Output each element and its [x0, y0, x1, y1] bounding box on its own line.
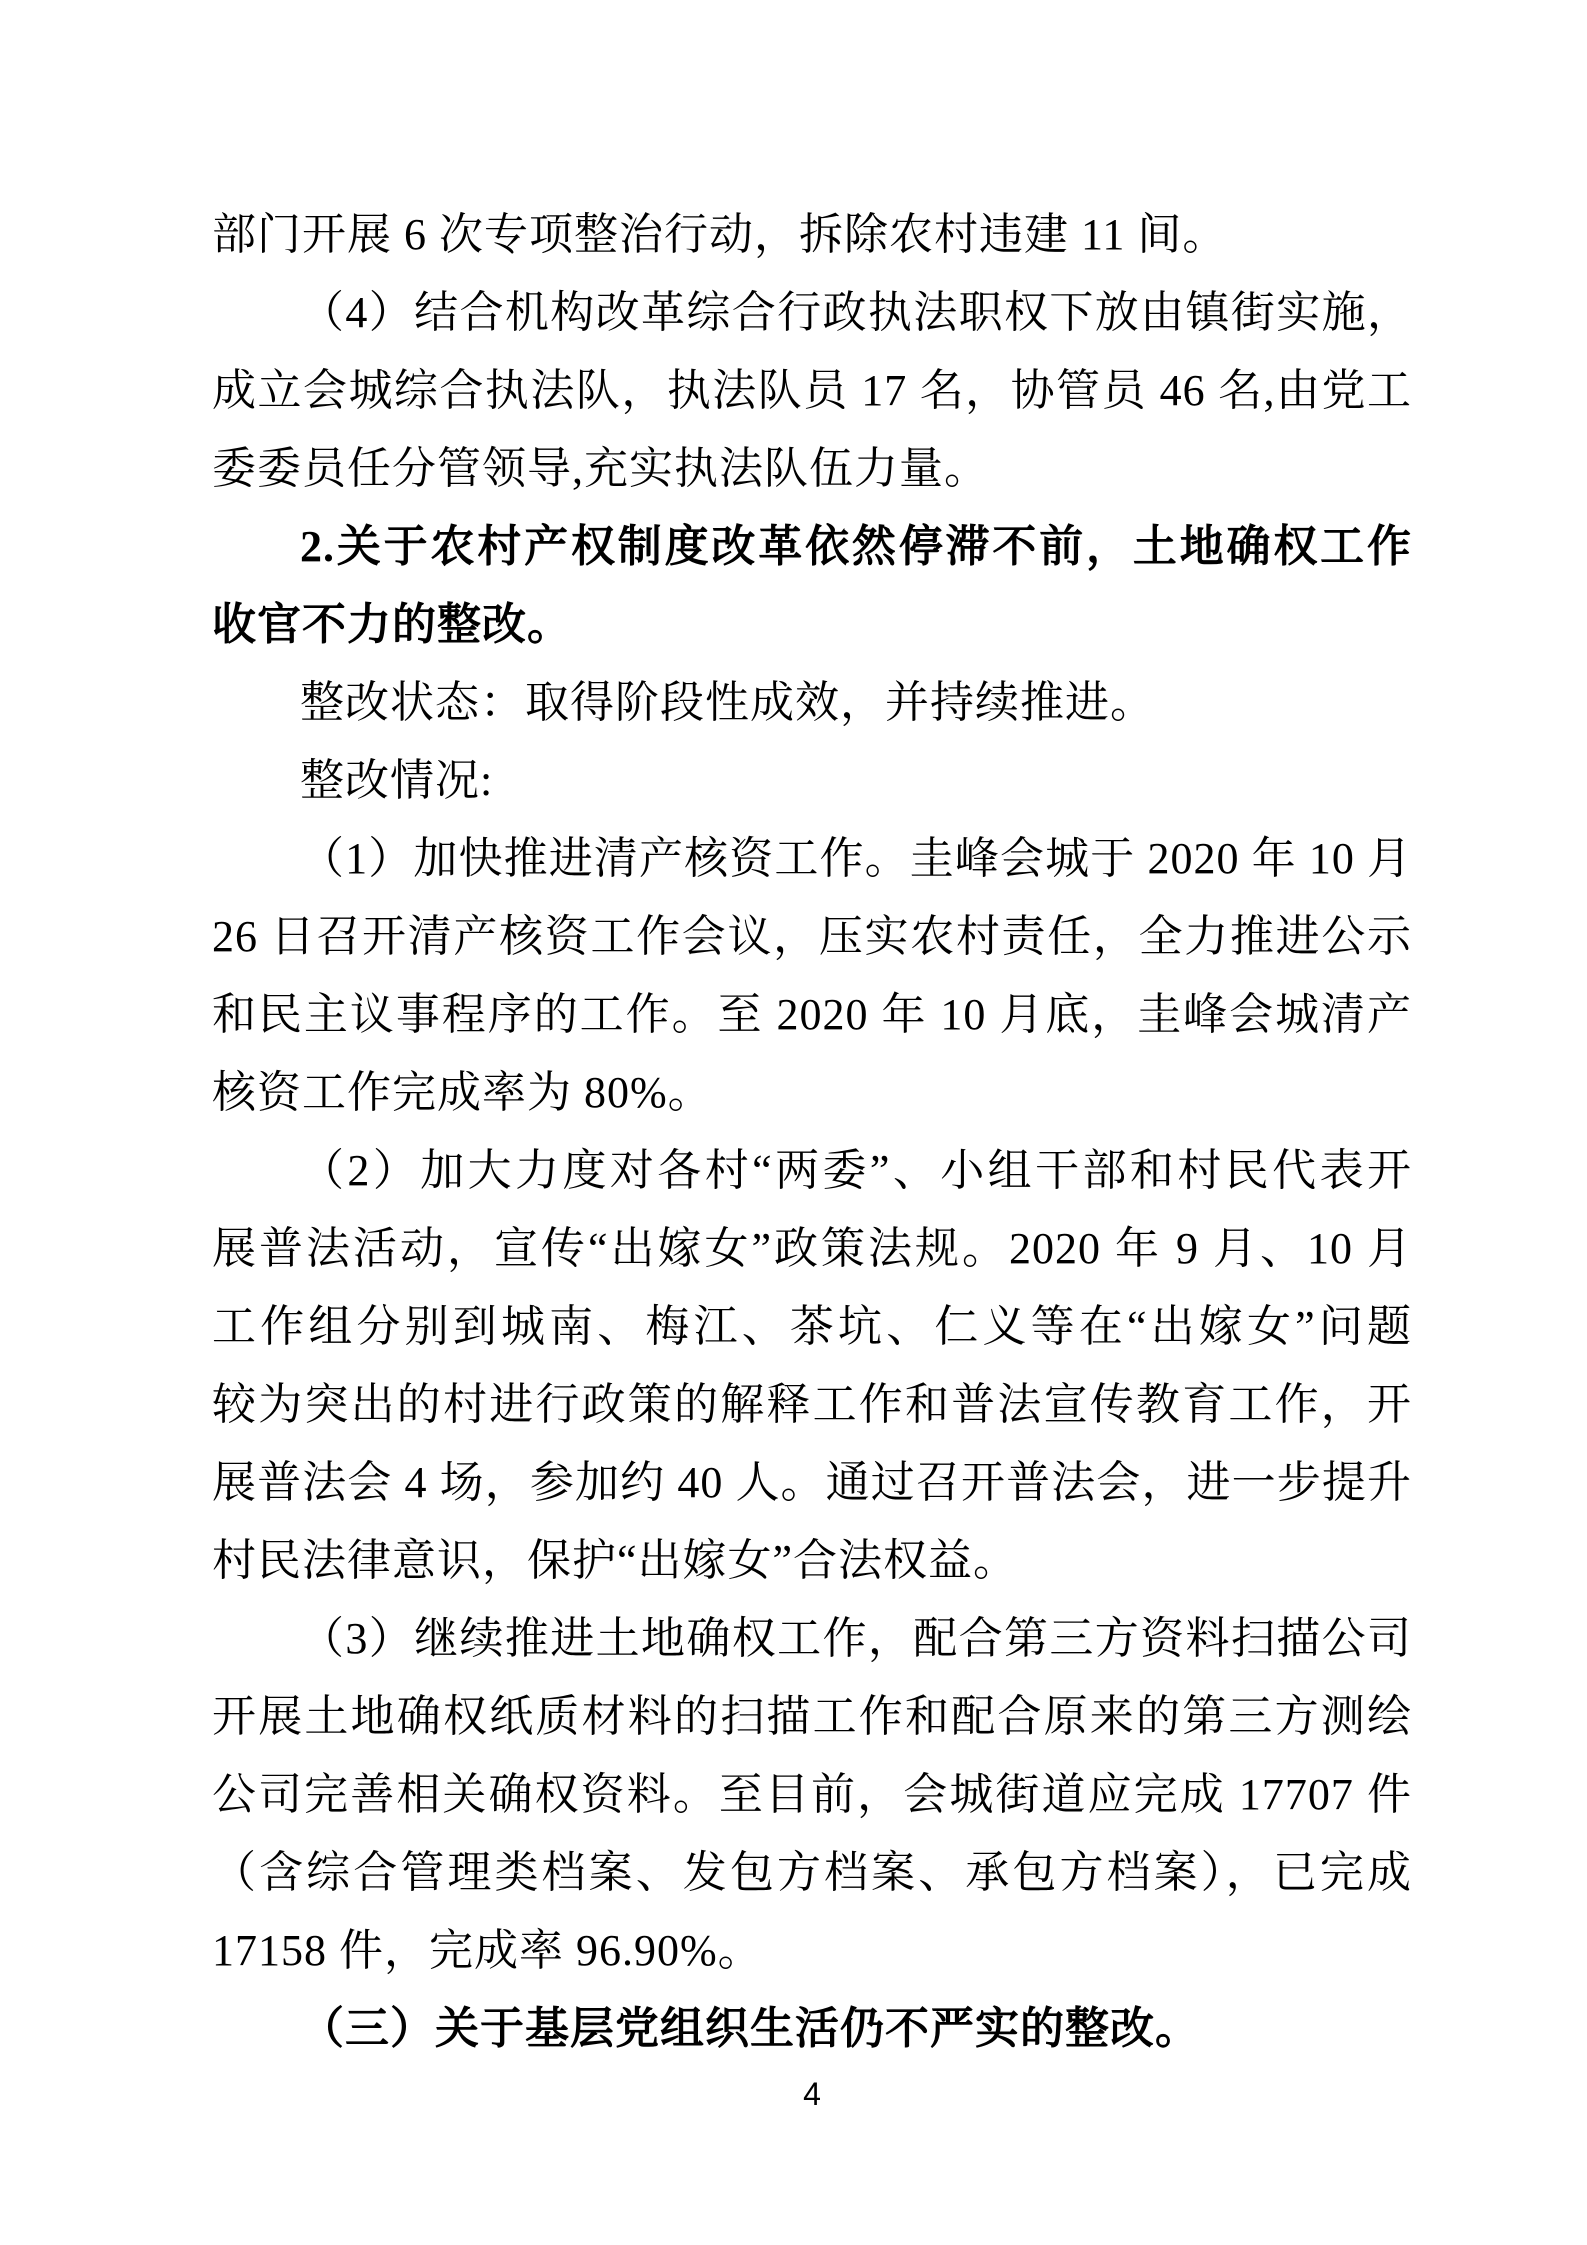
text-line: 展普法活动，宣传“出嫁女”政策法规。2020 年 9 月、10 月 — [212, 1210, 1412, 1288]
text-line: （含综合管理类档案、发包方档案、承包方档案），已完成 — [212, 1834, 1412, 1912]
text-line: 工作组分别到城南、梅江、茶坑、仁义等在“出嫁女”问题 — [212, 1288, 1412, 1366]
text-line: 整改情况: — [212, 742, 1412, 820]
page-number: 4 — [212, 2072, 1412, 2116]
text-line: （3）继续推进土地确权工作，配合第三方资料扫描公司 — [212, 1600, 1412, 1678]
text-line: 展普法会 4 场，参加约 40 人。通过召开普法会，进一步提升 — [212, 1444, 1412, 1522]
text-line: 17158 件，完成率 96.90%。 — [212, 1912, 1412, 1990]
text-line: 和民主议事程序的工作。至 2020 年 10 月底，圭峰会城清产 — [212, 976, 1412, 1054]
text-line: 整改状态：取得阶段性成效，并持续推进。 — [212, 664, 1412, 742]
text-line: 较为突出的村进行政策的解释工作和普法宣传教育工作，开 — [212, 1366, 1412, 1444]
text-line: （4）结合机构改革综合行政执法职权下放由镇街实施， — [212, 274, 1412, 352]
text-line: 成立会城综合执法队，执法队员 17 名，协管员 46 名,由党工 — [212, 352, 1412, 430]
text-line: 核资工作完成率为 80%。 — [212, 1054, 1412, 1132]
text-line: 部门开展 6 次专项整治行动，拆除农村违建 11 间。 — [212, 196, 1412, 274]
text-line: 26 日召开清产核资工作会议，压实农村责任，全力推进公示 — [212, 898, 1412, 976]
text-line: 2.关于农村产权制度改革依然停滞不前，土地确权工作 — [212, 508, 1412, 586]
text-line: （三）关于基层党组织生活仍不严实的整改。 — [212, 1990, 1412, 2068]
document-page: 部门开展 6 次专项整治行动，拆除农村违建 11 间。（4）结合机构改革综合行政… — [0, 0, 1587, 2245]
document-body: 部门开展 6 次专项整治行动，拆除农村违建 11 间。（4）结合机构改革综合行政… — [212, 196, 1412, 2068]
text-line: （1）加快推进清产核资工作。圭峰会城于 2020 年 10 月 — [212, 820, 1412, 898]
text-line: 村民法律意识，保护“出嫁女”合法权益。 — [212, 1522, 1412, 1600]
text-line: （2）加大力度对各村“两委”、小组干部和村民代表开 — [212, 1132, 1412, 1210]
text-line: 收官不力的整改。 — [212, 586, 1412, 664]
text-line: 公司完善相关确权资料。至目前，会城街道应完成 17707 件 — [212, 1756, 1412, 1834]
text-line: 开展土地确权纸质材料的扫描工作和配合原来的第三方测绘 — [212, 1678, 1412, 1756]
text-line: 委委员任分管领导,充实执法队伍力量。 — [212, 430, 1412, 508]
